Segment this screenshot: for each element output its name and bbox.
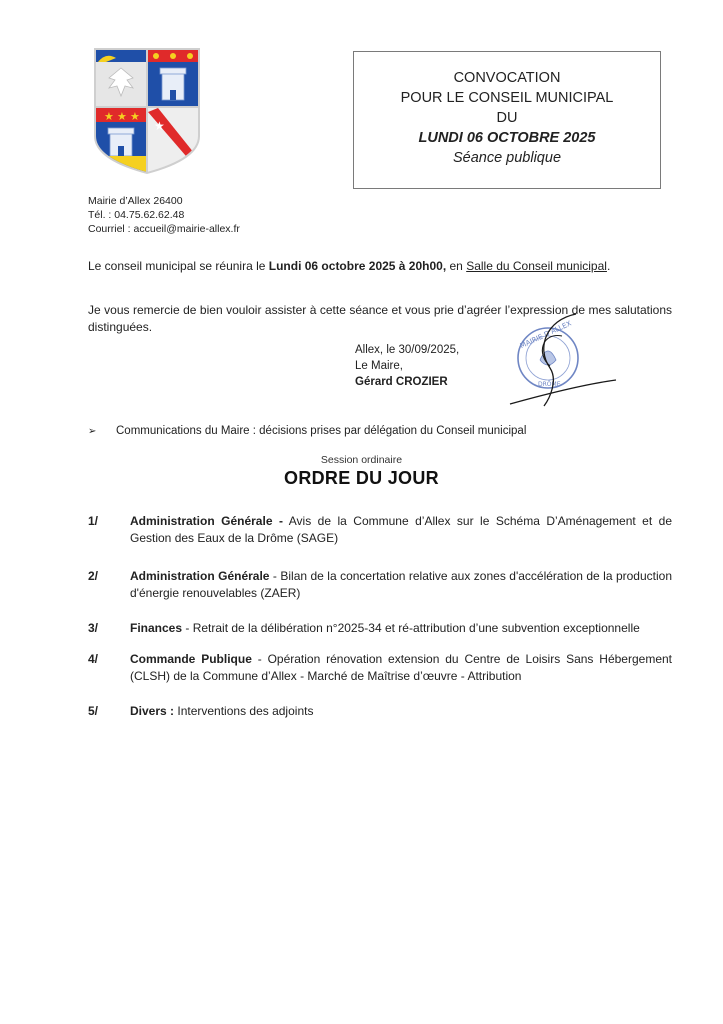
communications-bullet-item: ➢Communications du Maire : décisions pri… <box>88 423 526 440</box>
session-label: Session ordinaire <box>0 454 723 466</box>
arrow-bullet-icon: ➢ <box>88 424 116 440</box>
agenda-item-number: 1/ <box>88 513 128 530</box>
agenda-item-number: 2/ <box>88 568 128 585</box>
title-line-council: POUR LE CONSEIL MUNICIPAL <box>354 88 660 108</box>
agenda-item-category: Commande Publique <box>130 652 252 666</box>
agenda-item-category: Divers : <box>130 704 174 718</box>
contact-block: Mairie d’Allex 26400 Tél. : 04.75.62.62.… <box>88 194 240 236</box>
agenda-item: 4/ Commande Publique - Opération rénovat… <box>88 651 672 685</box>
intro-prefix: Le conseil municipal se réunira le <box>88 259 269 273</box>
agenda-title: ORDRE DU JOUR <box>0 468 723 489</box>
agenda-item-text: - Retrait de la délibération n°2025-34 e… <box>182 621 640 635</box>
session-type-subtitle: Séance publique <box>354 148 660 168</box>
signature-name: Gérard CROZIER <box>355 374 459 390</box>
agenda-item: 1/ Administration Générale - Avis de la … <box>88 513 672 547</box>
signature-block: Allex, le 30/09/2025, Le Maire, Gérard C… <box>355 342 459 390</box>
intro-middle: en <box>446 259 466 273</box>
agenda-item: 3/ Finances - Retrait de la délibération… <box>88 620 672 637</box>
contact-phone: Tél. : 04.75.62.62.48 <box>88 208 240 222</box>
signature-role: Le Maire, <box>355 358 459 374</box>
intro-suffix: . <box>607 259 610 273</box>
agenda-item-category: Administration Générale <box>130 569 269 583</box>
svg-text:★: ★ <box>130 110 140 123</box>
contact-email: Courriel : accueil@mairie-allex.fr <box>88 222 240 236</box>
meeting-datetime: Lundi 06 octobre 2025 à 20h00, <box>269 259 446 273</box>
svg-text:★: ★ <box>154 119 165 133</box>
convocation-title-box: CONVOCATION POUR LE CONSEIL MUNICIPAL DU… <box>353 51 661 189</box>
contact-address: Mairie d’Allex 26400 <box>88 194 240 208</box>
svg-text:DRÔME: DRÔME <box>538 381 561 388</box>
agenda-item-number: 3/ <box>88 620 128 637</box>
signature-place-date: Allex, le 30/09/2025, <box>355 342 459 358</box>
svg-text:★: ★ <box>104 110 114 123</box>
title-line-convocation: CONVOCATION <box>354 68 660 88</box>
title-line-du: DU <box>354 108 660 128</box>
meeting-place: Salle du Conseil municipal <box>466 259 607 273</box>
meeting-announcement: Le conseil municipal se réunira le Lundi… <box>88 258 672 275</box>
agenda-item: 2/ Administration Générale - Bilan de la… <box>88 568 672 602</box>
agenda-item-text: Interventions des adjoints <box>174 704 313 718</box>
agenda-item-number: 4/ <box>88 651 128 668</box>
agenda-item-category: Finances <box>130 621 182 635</box>
agenda-item: 5/ Divers : Interventions des adjoints <box>88 703 672 720</box>
agenda-item-number: 5/ <box>88 703 128 720</box>
mairie-stamp-icon: MAIRIE D'ALLEX DRÔME <box>506 308 618 408</box>
meeting-date-title: LUNDI 06 OCTOBRE 2025 <box>354 128 660 148</box>
agenda-item-category: Administration Générale - <box>130 514 283 528</box>
svg-text:★: ★ <box>117 110 127 123</box>
municipal-coat-of-arms-icon: ★ ★ ★ ★ <box>92 46 202 176</box>
communications-text: Communications du Maire : décisions pris… <box>116 425 526 437</box>
svg-text:MAIRIE D'ALLEX: MAIRIE D'ALLEX <box>519 319 573 350</box>
